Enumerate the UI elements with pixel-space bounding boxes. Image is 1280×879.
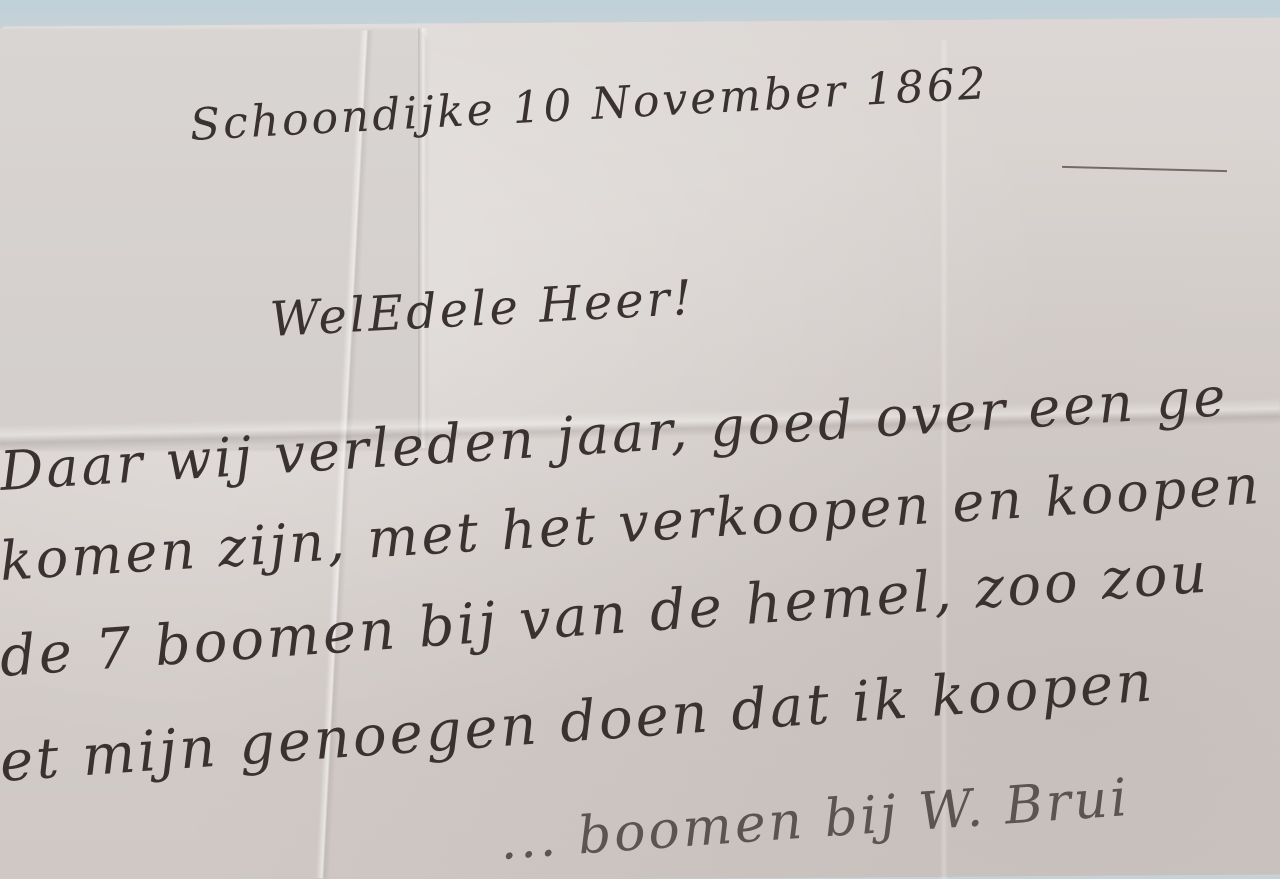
heading-year: 1862 — [864, 58, 990, 115]
paper-fold-vertical-right — [940, 40, 948, 879]
